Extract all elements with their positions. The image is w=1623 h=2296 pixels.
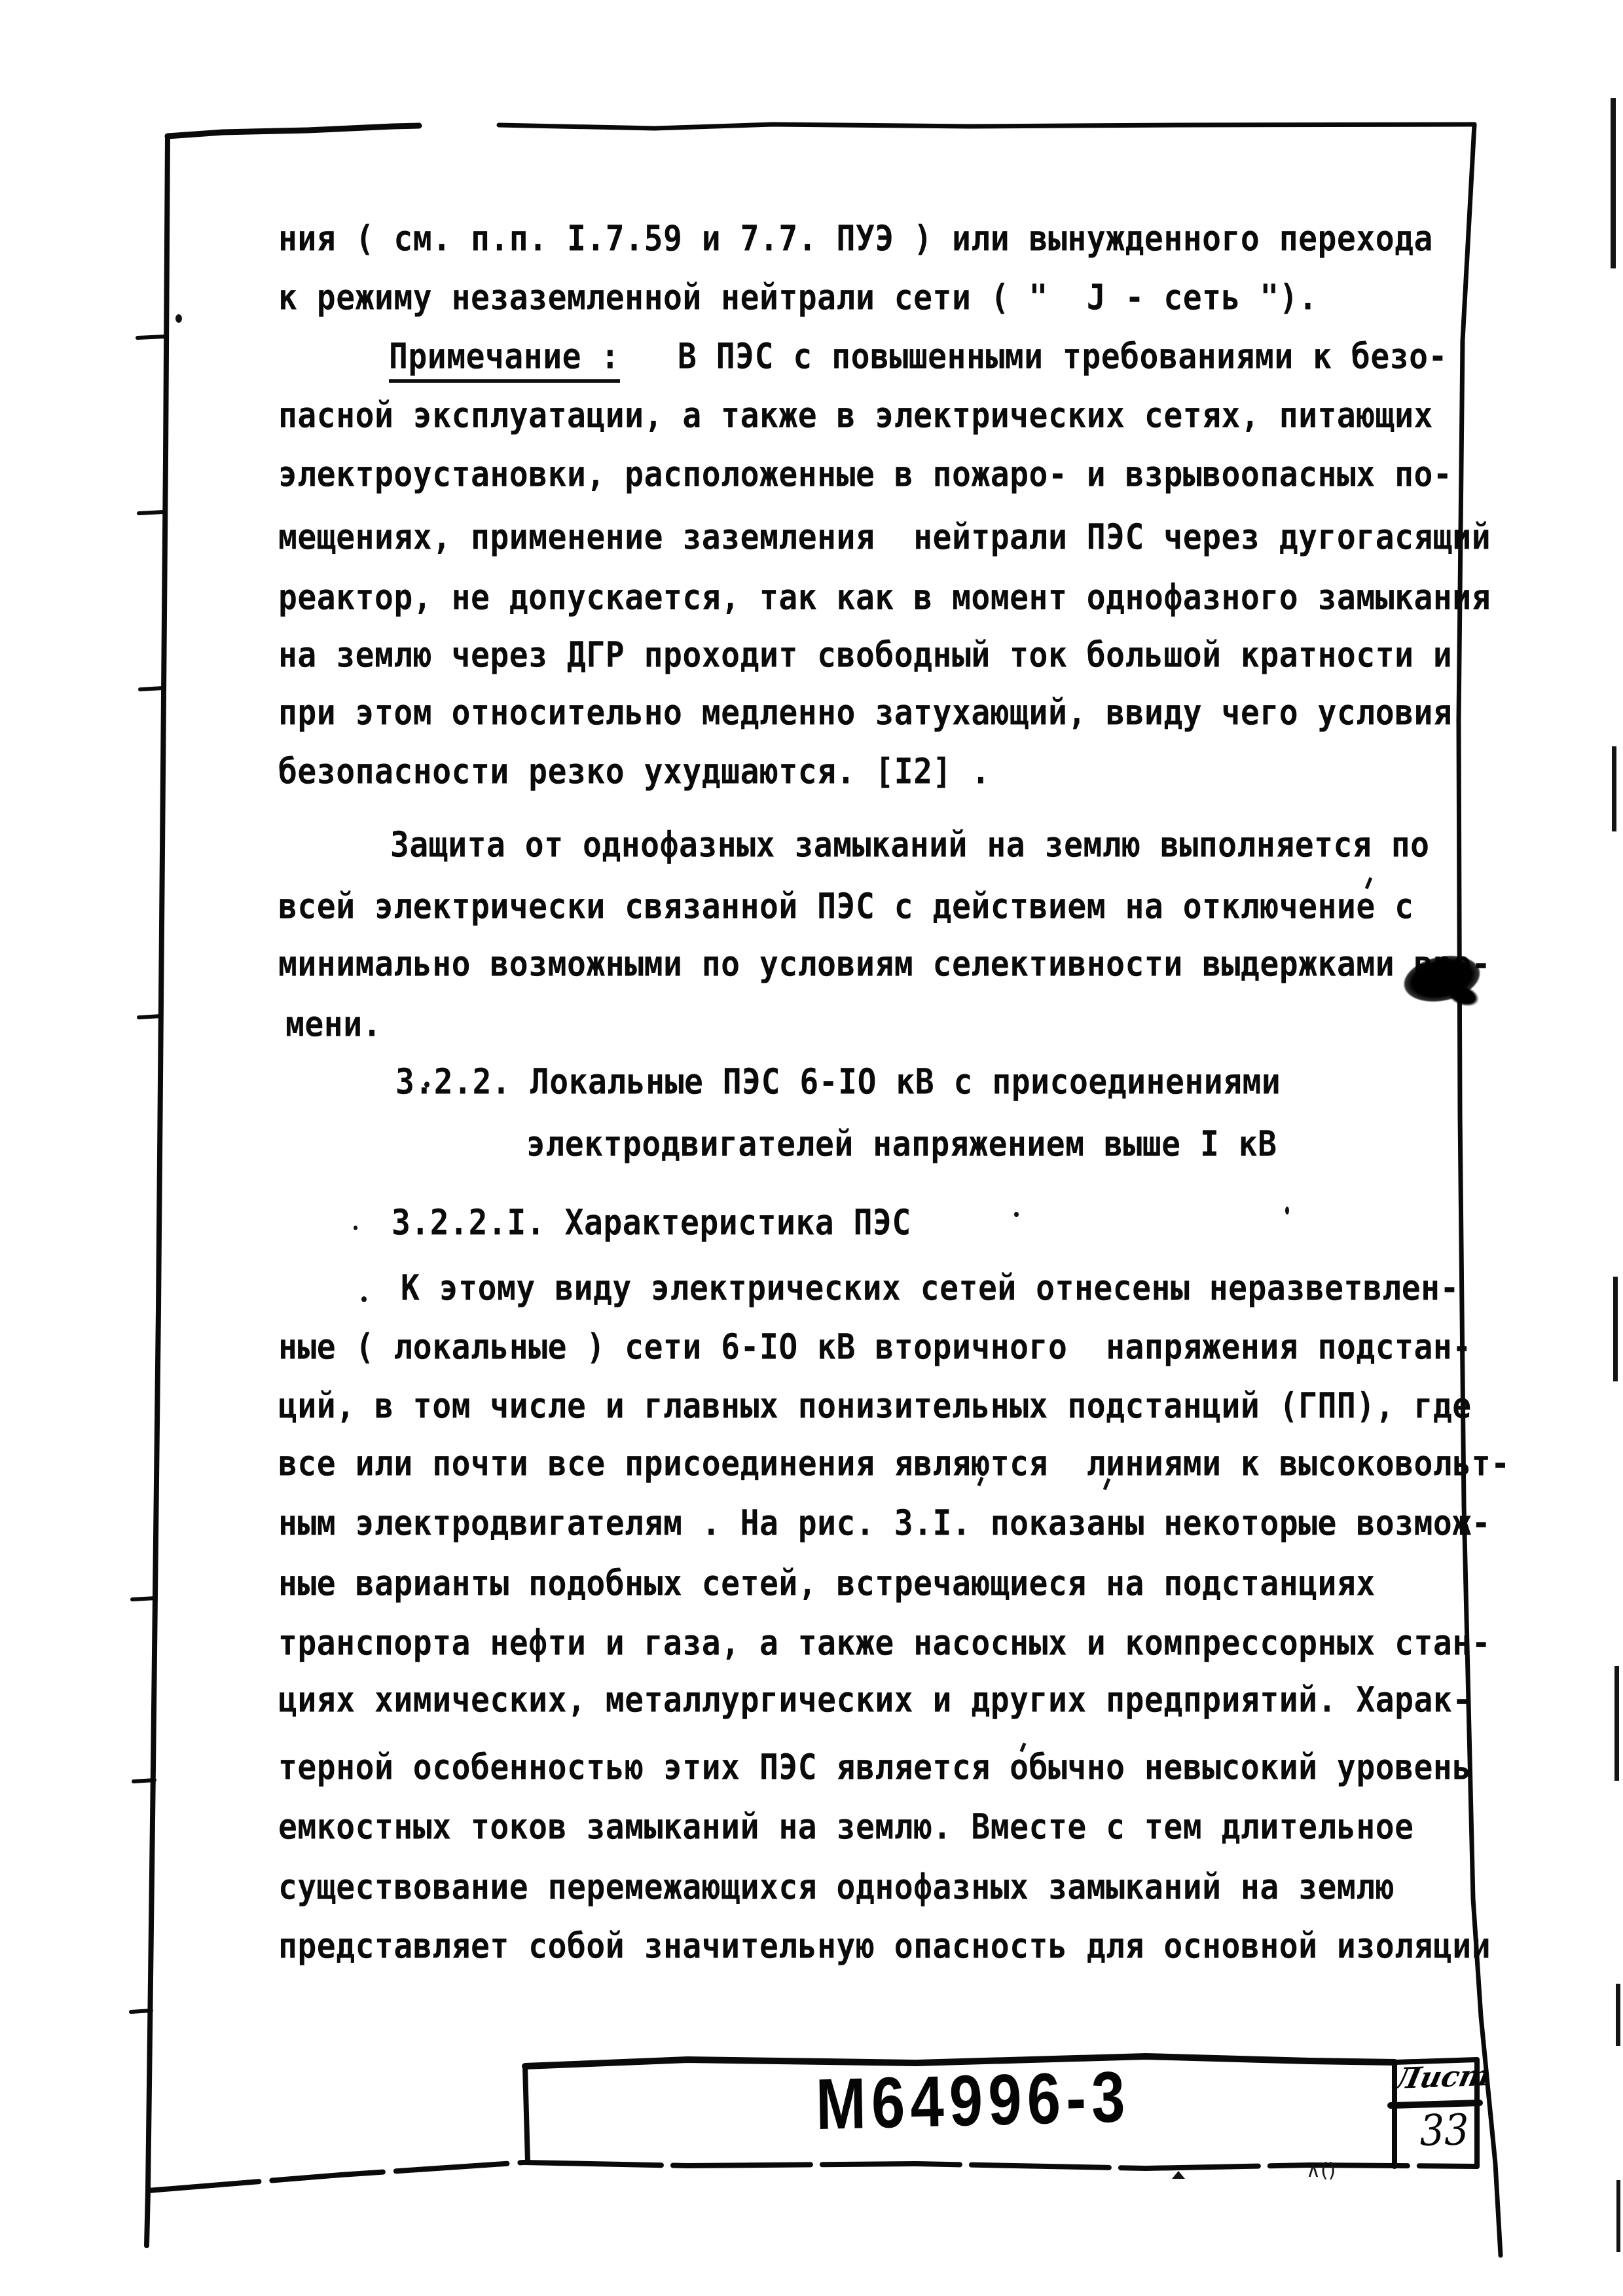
stamp-sheet-label: Лист	[1391, 2059, 1493, 2096]
line-text: к режиму незаземленной нейтрали сети ( "…	[278, 277, 1318, 318]
line-text: ные ( локальные ) сети 6-IО кВ вторичног…	[278, 1326, 1472, 1368]
text-line-15: 3.2.2. Локальные ПЭС 6-IО кВ с присоедин…	[395, 1061, 1281, 1103]
line-text: минимально возможными по условиям селект…	[278, 943, 1491, 985]
line-text: электродвигателей напряжением выше I кВ	[526, 1123, 1277, 1165]
text-line-10: безопасности резко ухудшаются. [I2] .	[278, 750, 991, 793]
text-line-25: циях химических, металлургических и друг…	[278, 1679, 1472, 1721]
text-line-23: ные варианты подобных сетей, встречающие…	[278, 1562, 1376, 1605]
line-text: 3.2.2.I. Характеристика ПЭС	[392, 1202, 911, 1243]
scan-speck	[175, 314, 182, 323]
line-text: мещениях, применение заземления нейтрали…	[278, 517, 1491, 558]
scan-speck	[424, 1082, 429, 1087]
text-line-4: пасной эксплуатации, а также в электриче…	[278, 394, 1433, 437]
line-text: ным электродвигателям . На рис. 3.I. пок…	[278, 1503, 1491, 1544]
line-text: при этом относительно медленно затухающи…	[278, 692, 1452, 733]
stamp-sheet-number: 33	[1419, 2105, 1469, 2156]
text-line-27: емкостных токов замыканий на землю. Вмес…	[278, 1806, 1414, 1848]
text-line-3: Примечание : В ПЭС с повышенными требова…	[389, 335, 1448, 378]
text-line-17: 3.2.2.I. Характеристика ПЭС	[392, 1201, 911, 1244]
line-text: всей электрически связанной ПЭС с действ…	[278, 886, 1414, 927]
footer-artifact-text: ∧()	[1306, 2159, 1336, 2182]
text-line-13: минимально возможными по условиям селект…	[278, 943, 1491, 985]
scan-speck	[1014, 1212, 1019, 1217]
line-text: существование перемежающихся однофазных …	[278, 1867, 1395, 1908]
line-text: терной особенностью этих ПЭС является об…	[278, 1747, 1472, 1788]
line-text: мени.	[285, 1004, 382, 1045]
line-text: пасной эксплуатации, а также в электриче…	[278, 395, 1433, 436]
underlined-note-label: Примечание :	[389, 336, 620, 383]
line-text: все или почти все присоединения являются…	[278, 1443, 1510, 1484]
text-line-26: терной особенностью этих ПЭС является об…	[278, 1746, 1472, 1789]
line-text: на землю через ДГР проходит свободный то…	[278, 634, 1452, 676]
line-text: К этому виду электрических сетей отнесен…	[401, 1267, 1459, 1309]
line-text: ций, в том числе и главных понизительных…	[278, 1385, 1472, 1427]
text-line-12: всей электрически связанной ПЭС с действ…	[278, 885, 1414, 928]
text-line-9: при этом относительно медленно затухающи…	[278, 691, 1452, 734]
footer-artifact-mark	[1172, 2171, 1185, 2179]
line-text: реактор, не допускается, так как в момен…	[278, 577, 1491, 618]
text-line-18: К этому виду электрических сетей отнесен…	[401, 1267, 1459, 1309]
text-line-29: представляет собой значительную опасност…	[278, 1925, 1491, 1967]
text-line-2: к режиму незаземленной нейтрали сети ( "…	[278, 276, 1318, 319]
document-page: ния ( см. п.п. I.7.59 и 7.7. ПУЭ ) или в…	[0, 0, 1623, 2296]
line-text: безопасности резко ухудшаются. [I2] .	[278, 751, 991, 792]
text-line-5: электроустановки, расположенные в пожаро…	[278, 453, 1452, 496]
text-line-24: транспорта нефти и газа, а также насосны…	[278, 1622, 1491, 1664]
line-text: ные варианты подобных сетей, встречающие…	[278, 1563, 1376, 1604]
line-text: емкостных токов замыканий на землю. Вмес…	[278, 1806, 1414, 1848]
text-line-14: мени.	[285, 1003, 382, 1046]
line-text: представляет собой значительную опасност…	[278, 1925, 1491, 1967]
text-line-16: электродвигателей напряжением выше I кВ	[526, 1123, 1277, 1165]
text-line-22: ным электродвигателям . На рис. 3.I. пок…	[278, 1502, 1491, 1544]
text-line-1: ния ( см. п.п. I.7.59 и 7.7. ПУЭ ) или в…	[278, 217, 1433, 260]
scan-speck	[354, 1226, 357, 1230]
stamp-document-code: М64996-3	[815, 2056, 1131, 2147]
line-text: транспорта нефти и газа, а также насосны…	[278, 1622, 1491, 1664]
line-text: В ПЭС с повышенными требованиями к безо-	[620, 336, 1448, 377]
line-text: ния ( см. п.п. I.7.59 и 7.7. ПУЭ ) или в…	[278, 218, 1433, 259]
text-line-20: ций, в том числе и главных понизительных…	[278, 1385, 1472, 1427]
text-line-8: на землю через ДГР проходит свободный то…	[278, 634, 1452, 676]
scan-edge-artifacts	[1611, 98, 1620, 2252]
text-line-21: все или почти все присоединения являются…	[278, 1442, 1510, 1485]
text-line-19: ные ( локальные ) сети 6-IО кВ вторичног…	[278, 1326, 1472, 1368]
text-line-6: мещениях, применение заземления нейтрали…	[278, 516, 1491, 558]
text-line-28: существование перемежающихся однофазных …	[278, 1866, 1395, 1908]
line-text: Защита от однофазных замыканий на землю …	[390, 824, 1430, 866]
scan-speck	[361, 1296, 367, 1302]
text-line-11: Защита от однофазных замыканий на землю …	[390, 824, 1430, 866]
line-text: циях химических, металлургических и друг…	[278, 1679, 1472, 1721]
text-line-7: реактор, не допускается, так как в момен…	[278, 576, 1491, 619]
line-text: электроустановки, расположенные в пожаро…	[278, 454, 1452, 495]
line-text: 3.2.2. Локальные ПЭС 6-IО кВ с присоедин…	[395, 1061, 1281, 1102]
scan-speck	[1285, 1207, 1289, 1214]
